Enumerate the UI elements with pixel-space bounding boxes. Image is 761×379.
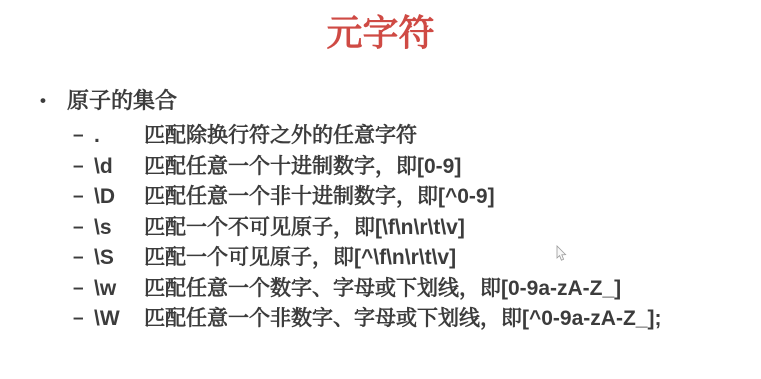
list-item: – . 匹配除换行符之外的任意字符 [73,121,761,152]
dash-icon: – [73,121,94,152]
item-symbol: \W [94,304,144,335]
dash-icon: – [73,304,94,335]
dash-icon: – [73,182,94,213]
item-description: 匹配除换行符之外的任意字符 [144,121,417,152]
dash-icon: – [73,152,94,183]
item-symbol: \D [94,182,144,213]
item-description: 匹配任意一个数字、字母或下划线，即[0-9a-zA-Z_] [144,274,621,305]
item-symbol: \s [94,213,144,244]
slide-body: • 原子的集合 – . 匹配除换行符之外的任意字符 – \d 匹配任意一个十进制… [40,87,761,335]
list-item: – \w 匹配任意一个数字、字母或下划线，即[0-9a-zA-Z_] [73,274,761,305]
item-description: 匹配任意一个非十进制数字，即[^0-9] [144,182,495,213]
dash-icon: – [73,243,94,274]
list-item: – \D 匹配任意一个非十进制数字，即[^0-9] [73,182,761,213]
item-symbol: \S [94,243,144,274]
metacharacter-list: – . 匹配除换行符之外的任意字符 – \d 匹配任意一个十进制数字，即[0-9… [73,121,761,335]
list-item: – \S 匹配一个可见原子，即[^\f\n\r\t\v] [73,243,761,274]
bullet-heading-text: 原子的集合 [67,87,177,115]
bullet-heading: • 原子的集合 [40,87,761,115]
dash-icon: – [73,274,94,305]
item-description: 匹配任意一个十进制数字，即[0-9] [144,152,461,183]
list-item: – \s 匹配一个不可见原子，即[\f\n\r\t\v] [73,213,761,244]
dash-icon: – [73,213,94,244]
item-description: 匹配任意一个非数字、字母或下划线，即[^0-9a-zA-Z_]; [144,304,661,335]
list-item: – \d 匹配任意一个十进制数字，即[0-9] [73,152,761,183]
item-symbol: \d [94,152,144,183]
list-item: – \W 匹配任意一个非数字、字母或下划线，即[^0-9a-zA-Z_]; [73,304,761,335]
bullet-icon: • [40,87,67,115]
item-description: 匹配一个不可见原子，即[\f\n\r\t\v] [144,213,465,244]
slide-title: 元字符 [0,0,761,54]
item-description: 匹配一个可见原子，即[^\f\n\r\t\v] [144,243,456,274]
item-symbol: . [94,121,144,152]
presentation-slide: 元字符 • 原子的集合 – . 匹配除换行符之外的任意字符 – \d 匹配任意一… [0,0,761,379]
item-symbol: \w [94,274,144,305]
